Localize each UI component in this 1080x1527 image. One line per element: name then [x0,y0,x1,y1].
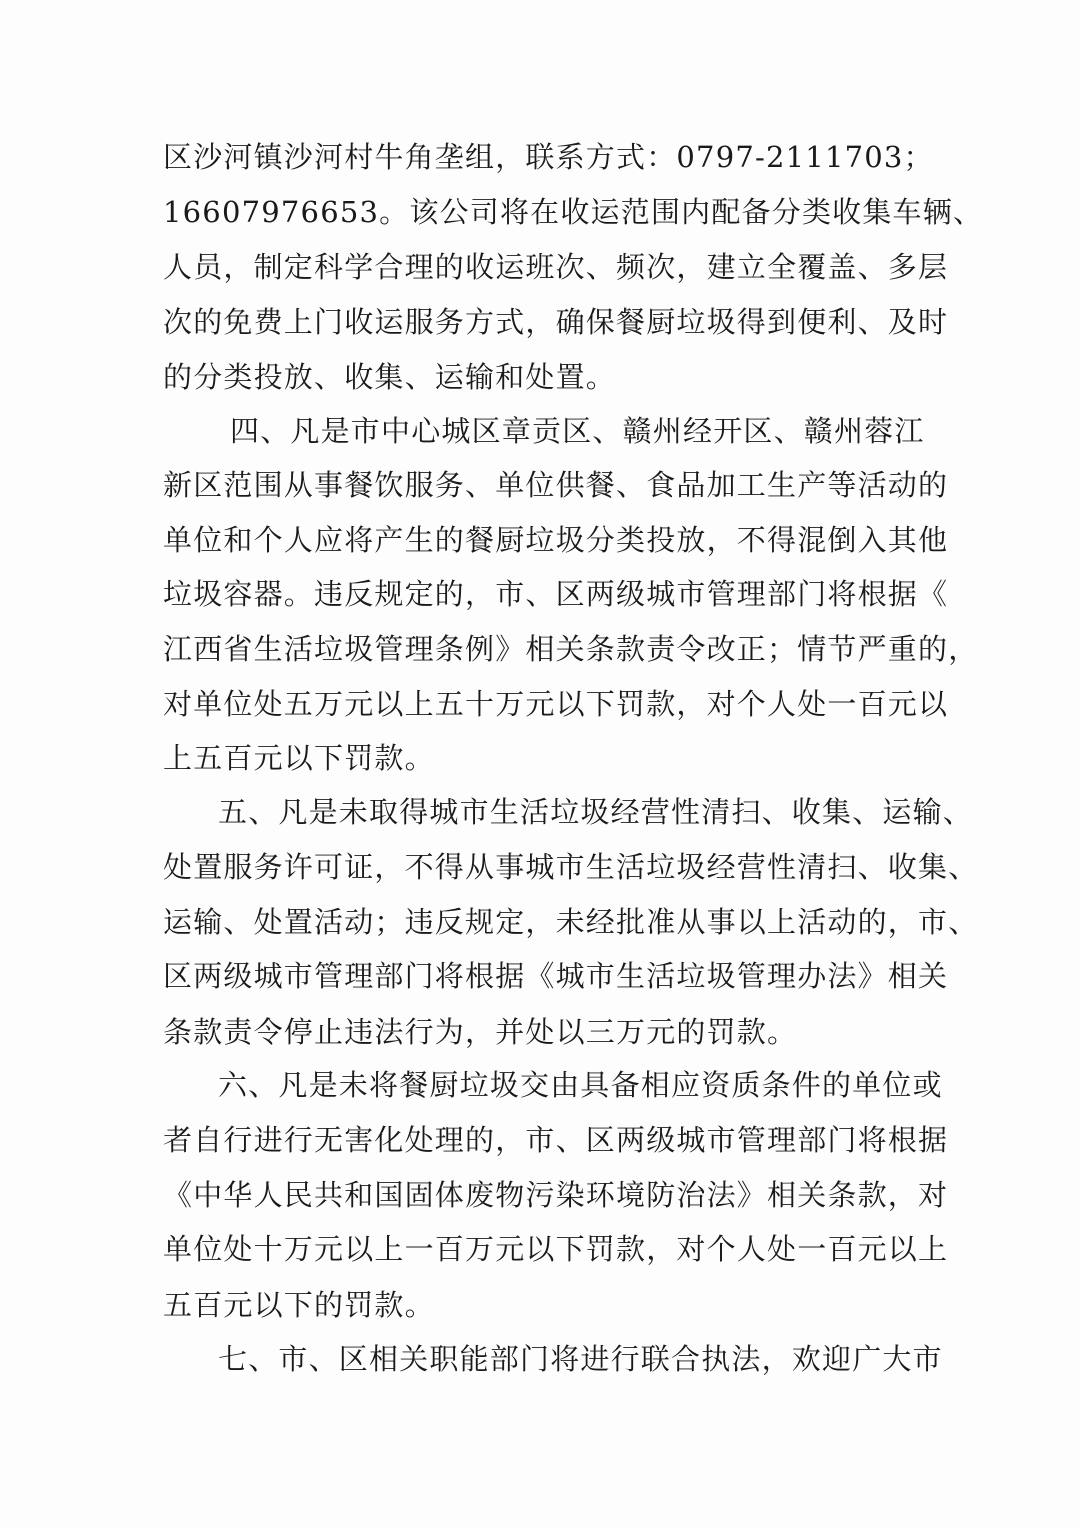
text-line: 运输、处置活动；违反规定，未经批准从事以上活动的，市、 [163,902,923,942]
text-line: 16607976653。该公司将在收运范围内配备分类收集车辆、 [163,192,923,232]
text-line: 《中华人民共和国固体废物污染环境防治法》相关条款，对 [163,1175,923,1215]
text-line: 七、市、区相关职能部门将进行联合执法，欢迎广大市 [218,1339,923,1379]
document-page: 区沙河镇沙河村牛角垄组，联系方式：0797-2111703； 166079766… [0,0,1080,1527]
text-line: 单位和个人应将产生的餐厨垃圾分类投放，不得混倒入其他 [163,520,923,560]
text-line: 江西省生活垃圾管理条例》相关条款责令改正；情节严重的， [163,629,933,669]
text-line: 单位处十万元以上一百万元以下罚款，对个人处一百元以上 [163,1229,923,1269]
text-line: 条款责令停止违法行为，并处以三万元的罚款。 [163,1012,923,1052]
text-line: 的分类投放、收集、运输和处置。 [163,357,923,397]
text-line: 垃圾容器。违反规定的，市、区两级城市管理部门将根据《 [163,574,923,614]
text-line: 者自行进行无害化处理的，市、区两级城市管理部门将根据 [163,1120,923,1160]
text-line: 新区范围从事餐饮服务、单位供餐、食品加工生产等活动的 [163,465,923,505]
text-line: 次的免费上门收运服务方式，确保餐厨垃圾得到便利、及时 [163,302,923,342]
text-line: 处置服务许可证，不得从事城市生活垃圾经营性清扫、收集、 [163,847,923,887]
text-line: 六、凡是未将餐厨垃圾交由具备相应资质条件的单位或 [218,1065,923,1105]
text-line: 五、凡是未取得城市生活垃圾经营性清扫、收集、运输、 [218,792,923,832]
text-line: 四、凡是市中心城区章贡区、赣州经开区、赣州蓉江 [230,411,923,451]
text-line: 人员，制定科学合理的收运班次、频次，建立全覆盖、多层 [163,247,923,287]
text-line: 上五百元以下罚款。 [163,738,923,778]
text-line: 五百元以下的罚款。 [163,1285,923,1325]
text-line: 区两级城市管理部门将根据《城市生活垃圾管理办法》相关 [163,956,923,996]
text-line: 区沙河镇沙河村牛角垄组，联系方式：0797-2111703； [163,137,923,177]
text-line: 对单位处五万元以上五十万元以下罚款，对个人处一百元以 [163,684,923,724]
